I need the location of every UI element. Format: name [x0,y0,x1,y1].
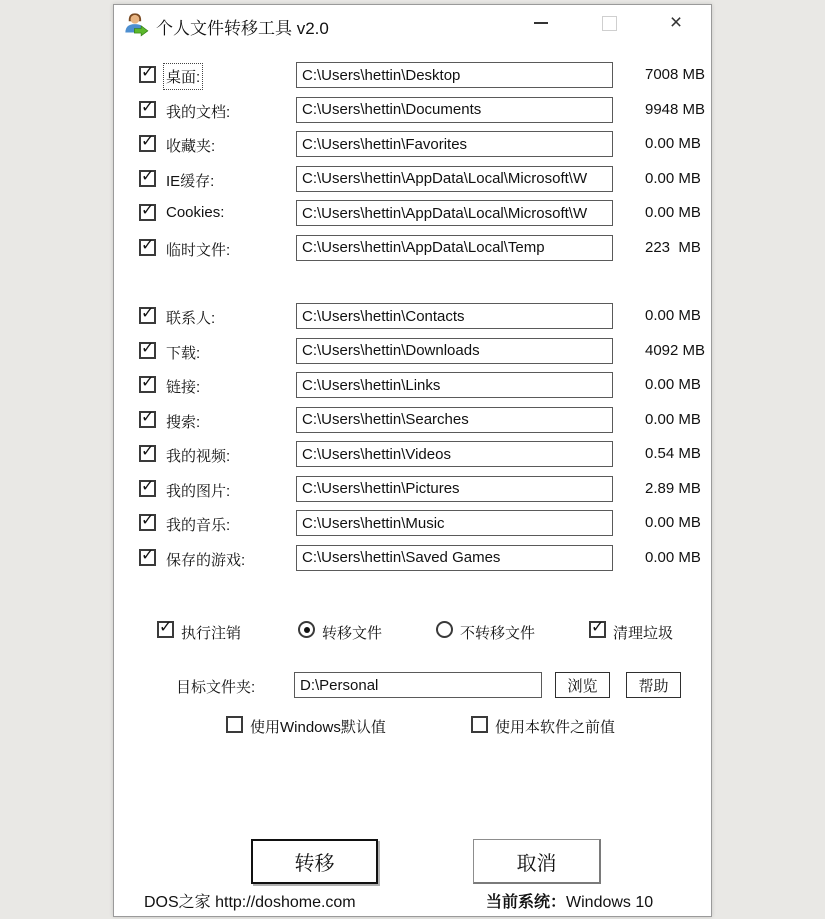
folder-size: 0.00 MB [645,204,701,221]
checkmark-icon: ✓ [141,546,154,565]
browse-button[interactable]: 浏览 [555,672,610,698]
footer-credit: DOS之家 http://doshome.com [144,889,356,912]
folder-row: ✓IE缓存:0.00 MB [114,166,711,193]
radio-dot-icon [304,627,310,633]
clean-junk-checkbox[interactable]: ✓ [589,621,606,638]
folder-row: ✓桌面:7008 MB [114,62,711,89]
options-row: ✓ 执行注销 转移文件 不转移文件 ✓ 清理垃圾 [114,618,711,644]
folder-size: 0.00 MB [645,549,701,566]
checkmark-icon: ✓ [141,339,154,358]
folder-row: ✓收藏夹:0.00 MB [114,131,711,158]
checkmark-icon: ✓ [141,373,154,392]
folder-path-input[interactable] [296,545,613,571]
folder-checkbox[interactable]: ✓ [139,342,156,359]
help-button[interactable]: 帮助 [626,672,681,698]
title-bar[interactable]: 个人文件转移工具 v2.0 × [114,5,711,43]
checkmark-icon: ✓ [141,98,154,117]
checkmark-icon: ✓ [141,511,154,530]
folder-checkbox[interactable]: ✓ [139,307,156,324]
folder-label[interactable]: Cookies: [166,204,224,221]
windows-default-label[interactable]: 使用Windows默认值 [250,716,386,737]
folder-label[interactable]: 收藏夹: [166,135,215,156]
folder-path-input[interactable] [296,166,613,192]
folder-checkbox[interactable]: ✓ [139,204,156,221]
target-folder-label: 目标文件夹: [176,676,255,697]
folder-row: ✓我的音乐:0.00 MB [114,510,711,537]
folder-size: 0.54 MB [645,445,701,462]
target-folder-input[interactable] [294,672,542,698]
folder-size: 0.00 MB [645,411,701,428]
checkmark-icon: ✓ [141,408,154,427]
checkmark-icon: ✓ [141,442,154,461]
checkmark-icon: ✓ [141,63,154,82]
logoff-label[interactable]: 执行注销 [181,622,241,643]
folder-size: 2.89 MB [645,480,701,497]
folder-label[interactable]: 我的视频: [166,445,230,466]
minimize-icon[interactable] [519,5,563,41]
checkmark-icon: ✓ [141,132,154,151]
folder-path-input[interactable] [296,407,613,433]
folder-label[interactable]: 下载: [166,342,200,363]
checkmark-icon: ✓ [141,201,154,220]
cancel-button[interactable]: 取消 [473,839,601,884]
folder-row: ✓下载:4092 MB [114,338,711,365]
folder-size: 223 MB [645,239,701,256]
folder-size: 7008 MB [645,66,705,83]
checkmark-icon: ✓ [591,618,604,637]
folder-path-input[interactable] [296,131,613,157]
folder-checkbox[interactable]: ✓ [139,514,156,531]
folder-row: ✓Cookies:0.00 MB [114,200,711,227]
folder-label[interactable]: IE缓存: [166,170,214,191]
folder-row: ✓联系人:0.00 MB [114,303,711,330]
folder-path-input[interactable] [296,62,613,88]
folder-size: 0.00 MB [645,514,701,531]
folder-row: ✓保存的游戏:0.00 MB [114,545,711,572]
maximize-icon [587,5,631,41]
folder-path-input[interactable] [296,235,613,261]
system-label: 当前系统： [486,894,566,911]
footer-system-info: 当前系统：Windows 10 [486,889,653,912]
folder-size: 0.00 MB [645,135,701,152]
folder-size: 9948 MB [645,101,705,118]
folder-label[interactable]: 我的文档: [166,101,230,122]
folder-path-input[interactable] [296,303,613,329]
folder-label[interactable]: 联系人: [166,307,215,328]
folder-size: 4092 MB [645,342,705,359]
clean-junk-label[interactable]: 清理垃圾 [613,622,673,643]
app-window: 个人文件转移工具 v2.0 × ✓ 执行注销 转移文件 不转移文件 ✓ 清理垃圾… [113,4,712,917]
windows-default-checkbox[interactable] [226,716,243,733]
folder-path-input[interactable] [296,476,613,502]
window-title: 个人文件转移工具 v2.0 [156,14,329,39]
folder-checkbox[interactable]: ✓ [139,411,156,428]
logoff-checkbox[interactable]: ✓ [157,621,174,638]
folder-path-input[interactable] [296,200,613,226]
previous-value-checkbox[interactable] [471,716,488,733]
checkmark-icon: ✓ [159,618,172,637]
folder-size: 0.00 MB [645,170,701,187]
folder-checkbox[interactable]: ✓ [139,239,156,256]
folder-checkbox[interactable]: ✓ [139,376,156,393]
folder-size: 0.00 MB [645,307,701,324]
folder-checkbox[interactable]: ✓ [139,480,156,497]
folder-row: ✓临时文件:223 MB [114,235,711,262]
transfer-radio[interactable] [298,621,315,638]
close-icon[interactable]: × [654,5,698,41]
folder-checkbox[interactable]: ✓ [139,445,156,462]
system-value: Windows 10 [566,894,653,911]
folder-checkbox[interactable]: ✓ [139,135,156,152]
defaults-row: 使用Windows默认值 使用本软件之前值 [114,714,711,738]
folder-row: ✓搜索:0.00 MB [114,407,711,434]
folder-label[interactable]: 我的图片: [166,480,230,501]
folder-row: ✓链接:0.00 MB [114,372,711,399]
folder-label[interactable]: 临时文件: [166,239,230,260]
checkmark-icon: ✓ [141,236,154,255]
checkmark-icon: ✓ [141,477,154,496]
person-with-green-arrow-icon [122,10,149,37]
checkmark-icon: ✓ [141,167,154,186]
folder-label[interactable]: 桌面: [166,66,200,87]
folder-checkbox[interactable]: ✓ [139,101,156,118]
folder-checkbox[interactable]: ✓ [139,549,156,566]
folder-path-input[interactable] [296,441,613,467]
folder-label[interactable]: 保存的游戏: [166,549,245,570]
no-transfer-radio-label[interactable]: 不转移文件 [460,622,535,643]
folder-checkbox[interactable]: ✓ [139,170,156,187]
folder-row: ✓我的视频:0.54 MB [114,441,711,468]
folder-row: ✓我的文档:9948 MB [114,97,711,124]
folder-size: 0.00 MB [645,376,701,393]
checkmark-icon: ✓ [141,304,154,323]
no-transfer-radio[interactable] [436,621,453,638]
folder-checkbox[interactable]: ✓ [139,66,156,83]
folder-label[interactable]: 我的音乐: [166,514,230,535]
folder-path-input[interactable] [296,510,613,536]
transfer-button[interactable]: 转移 [251,839,378,884]
folder-path-input[interactable] [296,97,613,123]
previous-value-label[interactable]: 使用本软件之前值 [495,716,615,737]
folder-label[interactable]: 搜索: [166,411,200,432]
folder-path-input[interactable] [296,338,613,364]
folder-label[interactable]: 链接: [166,376,200,397]
target-folder-row: 目标文件夹: 浏览 帮助 [114,672,711,698]
folder-row: ✓我的图片:2.89 MB [114,476,711,503]
folder-path-input[interactable] [296,372,613,398]
transfer-radio-label[interactable]: 转移文件 [322,622,382,643]
